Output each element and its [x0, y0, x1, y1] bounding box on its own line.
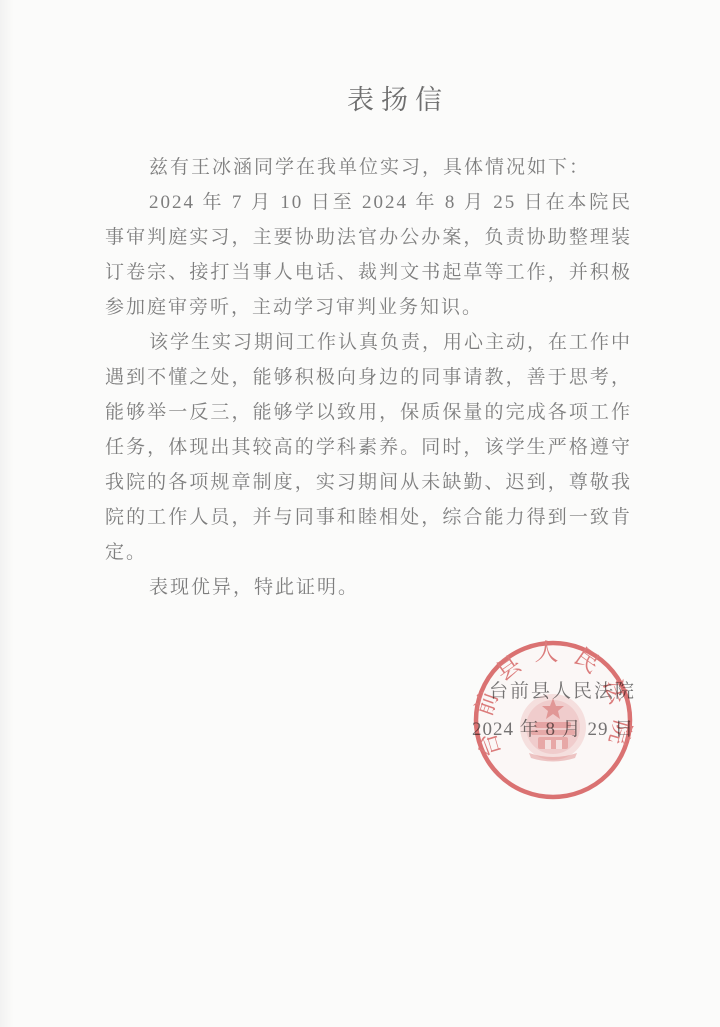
paragraph-internship: 2024 年 7 月 10 日至 2024 年 8 月 25 日在本院民事审判庭…: [105, 185, 632, 325]
signature-date: 2024 年 8 月 29 日: [472, 714, 634, 741]
paragraph-closing: 表现优异，特此证明。: [105, 570, 632, 605]
paragraph-evaluation: 该学生实习期间工作认真负责，用心主动，在工作中遇到不懂之处，能够积极向身边的同事…: [105, 325, 632, 570]
letter-page: 表扬信 兹有王冰涵同学在我单位实习，具体情况如下： 2024 年 7 月 10 …: [0, 0, 720, 1027]
document-title: 表扬信: [38, 78, 720, 117]
paragraph-intro: 兹有王冰涵同学在我单位实习，具体情况如下：: [105, 150, 632, 185]
signature-organization: 台前县人民法院: [489, 676, 636, 703]
letter-body: 兹有王冰涵同学在我单位实习，具体情况如下： 2024 年 7 月 10 日至 2…: [105, 150, 632, 605]
